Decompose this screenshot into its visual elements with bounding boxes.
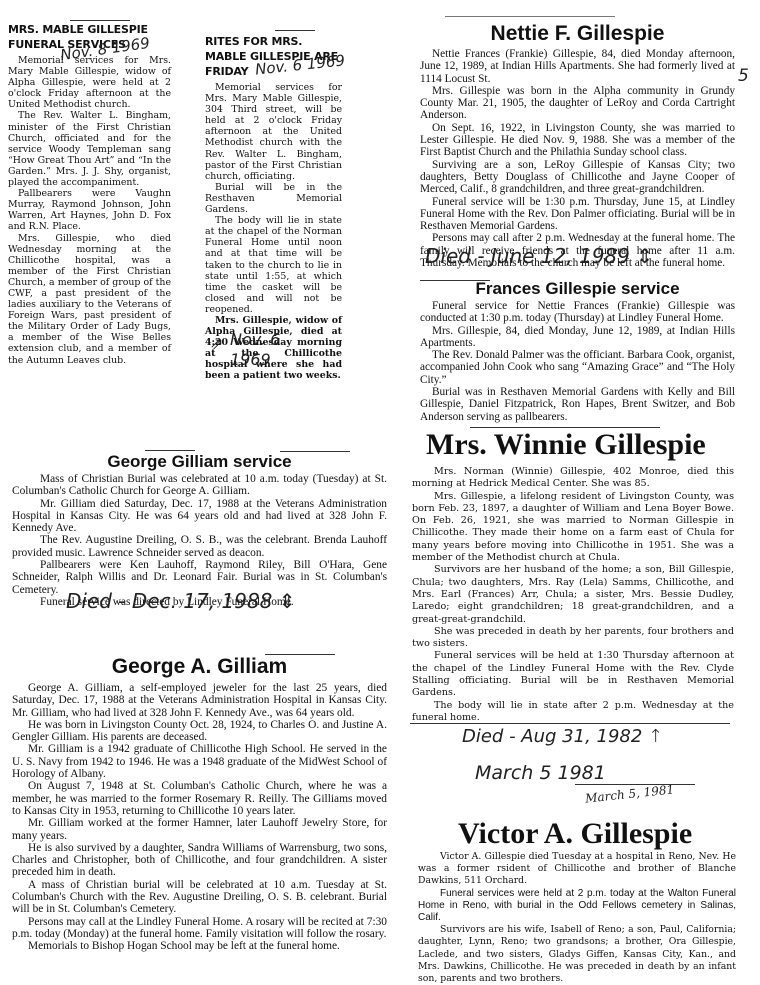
handwritten-note-text: Died - Aug 31, 1982 (462, 726, 642, 747)
headline: Nettie F. Gillespie (420, 22, 735, 46)
handwritten-note: March 5, 1981 (585, 782, 675, 805)
paragraph: Mrs. Norman (Winnie) Gillespie, 402 Monr… (412, 466, 734, 491)
up-down-arrow-icon: ⇕ (279, 589, 296, 613)
paragraph: Mrs. Gillespie, a lifelong resident of L… (412, 491, 734, 565)
headline: George Gilliam service (12, 452, 387, 472)
paragraph: Persons may call at the Lindley Funeral … (12, 916, 387, 941)
paragraph: Memorial services for Mrs. Mary Mable Gi… (8, 55, 171, 110)
paragraph: A mass of Christian burial will be celeb… (12, 879, 387, 916)
clipping-rule (575, 784, 695, 785)
paragraph: Mrs. Gillespie, 84, died Monday, June 12… (420, 325, 735, 350)
paragraph: She was preceded in death by her parents… (412, 626, 734, 651)
paragraph: The Rev. Augustine Dreiling, O. S. B., w… (12, 534, 387, 559)
paragraph: Burial was in Resthaven Memorial Gardens… (420, 386, 735, 423)
paragraph: Survivors are his wife, Isabell of Reno;… (418, 924, 736, 985)
paragraph: On August 7, 1948 at St. Columban's Cath… (12, 780, 387, 817)
clipping-rule (145, 450, 195, 451)
page-number-mark: 5 (738, 66, 749, 86)
clipping-frances-service: Frances Gillespie service Funeral servic… (420, 279, 735, 423)
paragraph: Funeral service will be 1:30 p.m. Thursd… (420, 196, 735, 233)
paragraph: He is also survived by a daughter, Sandr… (12, 842, 387, 879)
clipping-george-obituary: George A. Gilliam George A. Gilliam, a s… (12, 655, 387, 953)
paragraph: The Rev. Donald Palmer was the officiant… (420, 349, 735, 386)
clipping-nettie: Nettie F. Gillespie Nettie Frances (Fran… (420, 22, 735, 269)
clipping-rule (275, 30, 315, 31)
paragraph: Pallbearers were Vaughn Murray, Raymond … (8, 188, 171, 232)
paragraph: Mr. Gilliam died Saturday, Dec. 17, 1988… (12, 498, 387, 535)
clipping-george-service: George Gilliam service Mass of Christian… (12, 452, 387, 608)
paragraph: Memorial services for Mrs. Mary Mable Gi… (205, 82, 342, 182)
paragraph: Surviving are a son, LeRoy Gillespie of … (420, 159, 735, 196)
handwritten-note-text: Died - Dec. 17, 1988 (66, 589, 272, 613)
paragraph: Mr. Gilliam is a 1942 graduate of Chilli… (12, 743, 387, 780)
handwritten-note: March 5 1981 (475, 762, 606, 784)
arrow-icon: ⇗ (210, 334, 223, 354)
paragraph: Mr. Gilliam worked at the former Hamner,… (12, 817, 387, 842)
handwritten-note-text: Died - June 12, 1989 (425, 244, 630, 268)
paragraph: Mass of Christian Burial was celebrated … (12, 473, 387, 498)
paragraph: George A. Gilliam, a self-employed jewel… (12, 682, 387, 719)
headline: George A. Gilliam (12, 655, 387, 679)
paragraph: The body will lie in state after 2 p.m. … (412, 700, 734, 725)
paragraph: Burial will be in the Resthaven Memorial… (205, 182, 342, 215)
up-arrow-icon: ↑ (648, 726, 663, 747)
clipping-rule (445, 16, 615, 17)
paragraph: Mrs. Gillespie was born in the Alpha com… (420, 85, 735, 122)
up-down-arrow-icon: ⇕ (636, 244, 653, 268)
clipping-rule (70, 20, 130, 21)
handwritten-note: ⇗ Nov. 6 1969 (230, 330, 320, 370)
paragraph: Funeral services were held at 2 p.m. tod… (418, 888, 736, 925)
handwritten-note: Died - Aug 31, 1982 ↑ (462, 726, 663, 747)
paragraph: The body will lie in state at the chapel… (205, 215, 342, 315)
headline: Mrs. Winnie Gillespie (412, 428, 734, 462)
paragraph: Funeral service for Nettie Frances (Fran… (420, 300, 735, 325)
handwritten-note: Died - June 12, 1989 ⇕ (425, 244, 653, 268)
paragraph: Funeral services will be held at 1:30 Th… (412, 650, 734, 699)
paragraph: Mrs. Gillespie, who died Wednesday morni… (8, 233, 171, 366)
handwritten-note: Died - Dec. 17, 1988 ⇕ (66, 589, 296, 613)
paragraph: Memorials to Bishop Hogan School may be … (12, 940, 387, 952)
clipping-mable-funeral: MRS. MABLE GILLESPIE FUNERAL SERVICES Me… (8, 22, 171, 366)
headline: Victor A. Gillespie (418, 820, 736, 848)
handwritten-note-text: Nov. 6 1969 (230, 330, 280, 369)
headline: Frances Gillespie service (420, 279, 735, 299)
paragraph: He was born in Livingston County Oct. 28… (12, 719, 387, 744)
paragraph: The Rev. Walter L. Bingham, minister of … (8, 110, 171, 188)
clipping-winnie: Mrs. Winnie Gillespie Mrs. Norman (Winni… (412, 428, 734, 724)
paragraph: On Sept. 16, 1922, in Livingston County,… (420, 122, 735, 159)
paragraph: Nettie Frances (Frankie) Gillespie, 84, … (420, 48, 735, 85)
clipping-victor: Victor A. Gillespie Victor A. Gillespie … (418, 820, 736, 985)
paragraph: Survivors are her husband of the home; a… (412, 564, 734, 625)
paragraph: Victor A. Gillespie died Tuesday at a ho… (418, 851, 736, 888)
